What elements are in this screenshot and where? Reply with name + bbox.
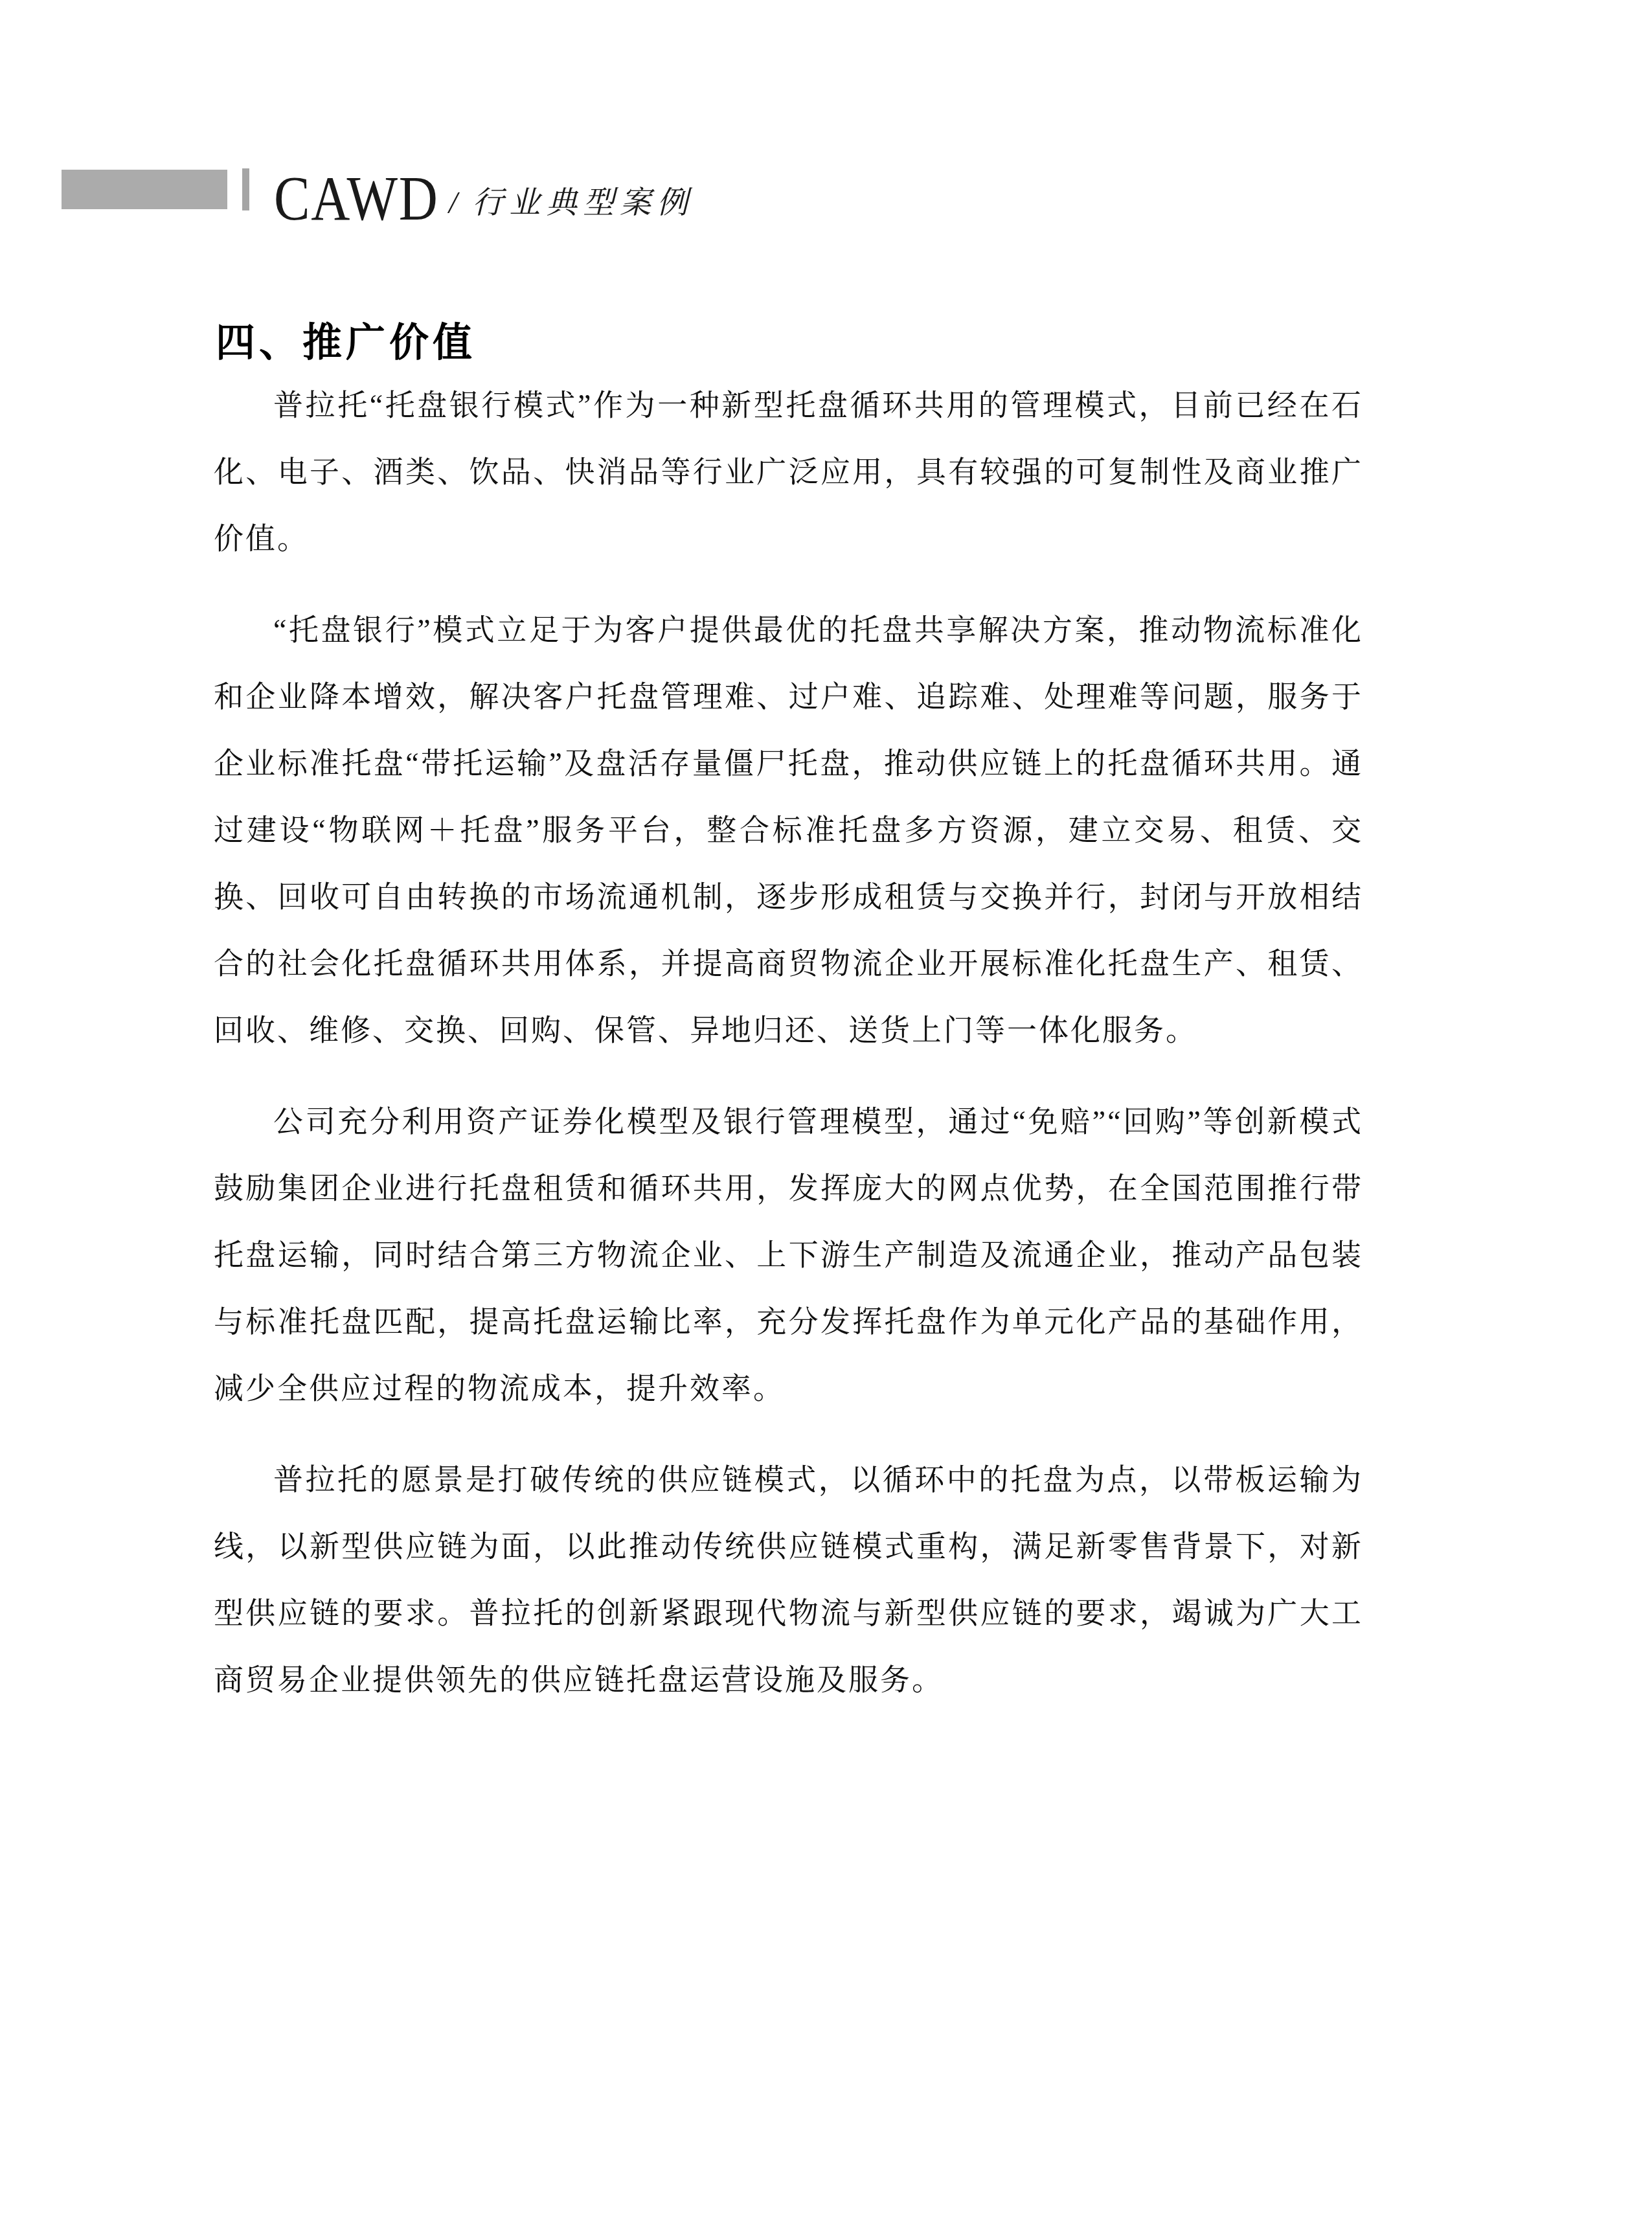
paragraph-3: 公司充分利用资产证券化模型及银行管理模型，通过“免赔”“回购”等创新模式鼓励集团…: [214, 1088, 1363, 1422]
brand-logo-text: CAWD: [274, 167, 439, 231]
header-vertical-divider: [242, 168, 249, 210]
section-title: 四、推广价值: [216, 322, 476, 363]
tagline-text: 行业典型案例: [472, 186, 694, 220]
paragraph-4: 普拉托的愿景是打破传统的供应链模式，以循环中的托盘为点，以带板运输为线，以新型供…: [214, 1446, 1363, 1713]
paragraph-1: 普拉托“托盘银行模式”作为一种新型托盘循环共用的管理模式，目前已经在石化、电子、…: [214, 372, 1363, 572]
body-text-block: 普拉托“托盘银行模式”作为一种新型托盘循环共用的管理模式，目前已经在石化、电子、…: [214, 372, 1363, 1738]
paragraph-2: “托盘银行”模式立足于为客户提供最优的托盘共享解决方案，推动物流标准化和企业降本…: [214, 596, 1363, 1063]
header-tagline: /行业典型案例: [449, 187, 694, 221]
tagline-slash-separator: /: [449, 186, 463, 220]
header-gray-block: [62, 170, 227, 209]
document-page: CAWD /行业典型案例 四、推广价值 普拉托“托盘银行模式”作为一种新型托盘循…: [0, 0, 1652, 2226]
